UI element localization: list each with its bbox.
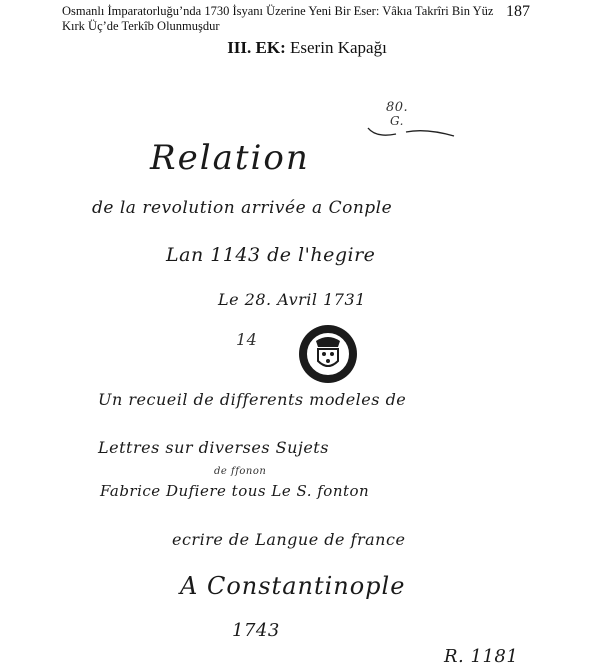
folio-mark: 14 <box>236 330 257 349</box>
shelf-mark-flourish-icon <box>366 124 466 140</box>
ms-line-fabrice: Fabrice Dufiere tous Le S. fonton <box>100 482 369 500</box>
ms-line-revolution: de la revolution arrivée a Cοnple <box>92 198 392 218</box>
interlinear-note: de ffonon <box>214 466 266 477</box>
figure-caption: III. EK: Eserin Kapağı <box>0 38 614 58</box>
ms-line-recueil: Un recueil de differents modeles de <box>98 390 406 409</box>
caption-text: Eserin Kapağı <box>286 38 387 57</box>
ms-line-constantinople: A Constantinople <box>180 572 405 600</box>
caption-label: III. EK: <box>227 38 286 57</box>
ms-line-year-hegira: Lan 1143 de l'hegire <box>166 244 375 266</box>
library-stamp-icon <box>296 323 360 385</box>
shelf-mark: 80. <box>386 100 408 115</box>
running-head: Osmanlı İmparatorluğu’nda 1730 İsyanı Üz… <box>62 4 502 34</box>
ms-line-lettres: Lettres sur diverses Sujets <box>98 438 329 457</box>
ms-line-date: Le 28. Avril 1731 <box>218 290 366 309</box>
page-number: 187 <box>506 3 530 21</box>
ms-line-langue: ecrire de Langue de france <box>172 530 405 549</box>
ms-line-year: 1743 <box>232 620 280 641</box>
corner-note: R. 1181 <box>444 646 518 664</box>
ms-line-relation: Relation <box>150 138 310 178</box>
